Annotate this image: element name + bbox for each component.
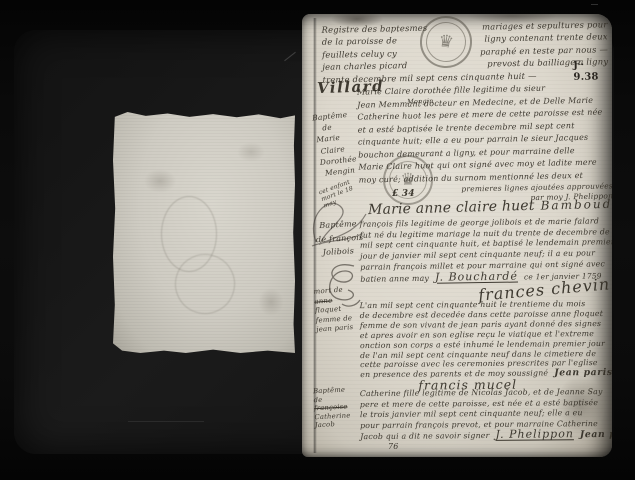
blank-left-page [113, 112, 295, 353]
inserted-correction: Mongin [407, 95, 434, 108]
margin-word: de françois [316, 230, 365, 246]
entry-text: Jacob qui a dit ne savoir signer [360, 431, 489, 443]
witness-name: Jean prevot [580, 430, 612, 441]
crown-icon: ♛ [437, 31, 455, 53]
baptism-entry-jacob: Catherine fille legitime de Nicolas Jaco… [360, 387, 612, 443]
scanned-register-spread: Registre des baptesmesmariages et sepult… [0, 0, 635, 480]
child-name: Marie anne claire huet [368, 198, 535, 218]
margin-note-jolibois: Baptême de françois Jolibois [315, 217, 365, 260]
paper-smudge [137, 164, 183, 198]
margin-note-mengin: Baptême de Marie Claire Dorothée Mengin [312, 108, 365, 180]
priest-signature: J. Bouchardé [435, 271, 518, 283]
paper-smudge [253, 282, 289, 322]
folio-number: £ 34 [392, 189, 415, 199]
priest-signature: J. Phelippon [495, 429, 573, 440]
paper-smudge [231, 138, 271, 166]
scratch-mark [128, 421, 204, 422]
baptism-entry-jolibois: françois fils legitime de george joliboi… [360, 216, 612, 285]
margin-word: Jacob [315, 419, 363, 430]
entry-text: batien anne may [360, 273, 429, 285]
margin-note-floquet: mort de anne floquet femme de jean paris [313, 284, 364, 335]
page-mark: 76 [388, 442, 399, 451]
manuscript-right-page: Registre des baptesmesmariages et sepult… [302, 14, 612, 457]
margin-word: Jolibois [322, 244, 365, 260]
scratch-mark [591, 4, 598, 5]
entry-text: pour parrain françois prevot, et pour ma… [360, 418, 612, 431]
witness-name: Jean paris [554, 368, 612, 378]
attestation-text: Registre des baptesmes [321, 22, 427, 36]
burial-entry-floquet: L'an mil sept cent cinquante huit le tre… [360, 299, 612, 391]
baptism-entry-mengin: Mongin Marie Claire dorothée fille legit… [357, 81, 612, 205]
signature-flourish: Bamboudier [540, 196, 612, 212]
margin-note-jacob: Baptême de françoise Catherine Jacob [313, 385, 363, 430]
margin-word: jean paris [316, 323, 365, 336]
